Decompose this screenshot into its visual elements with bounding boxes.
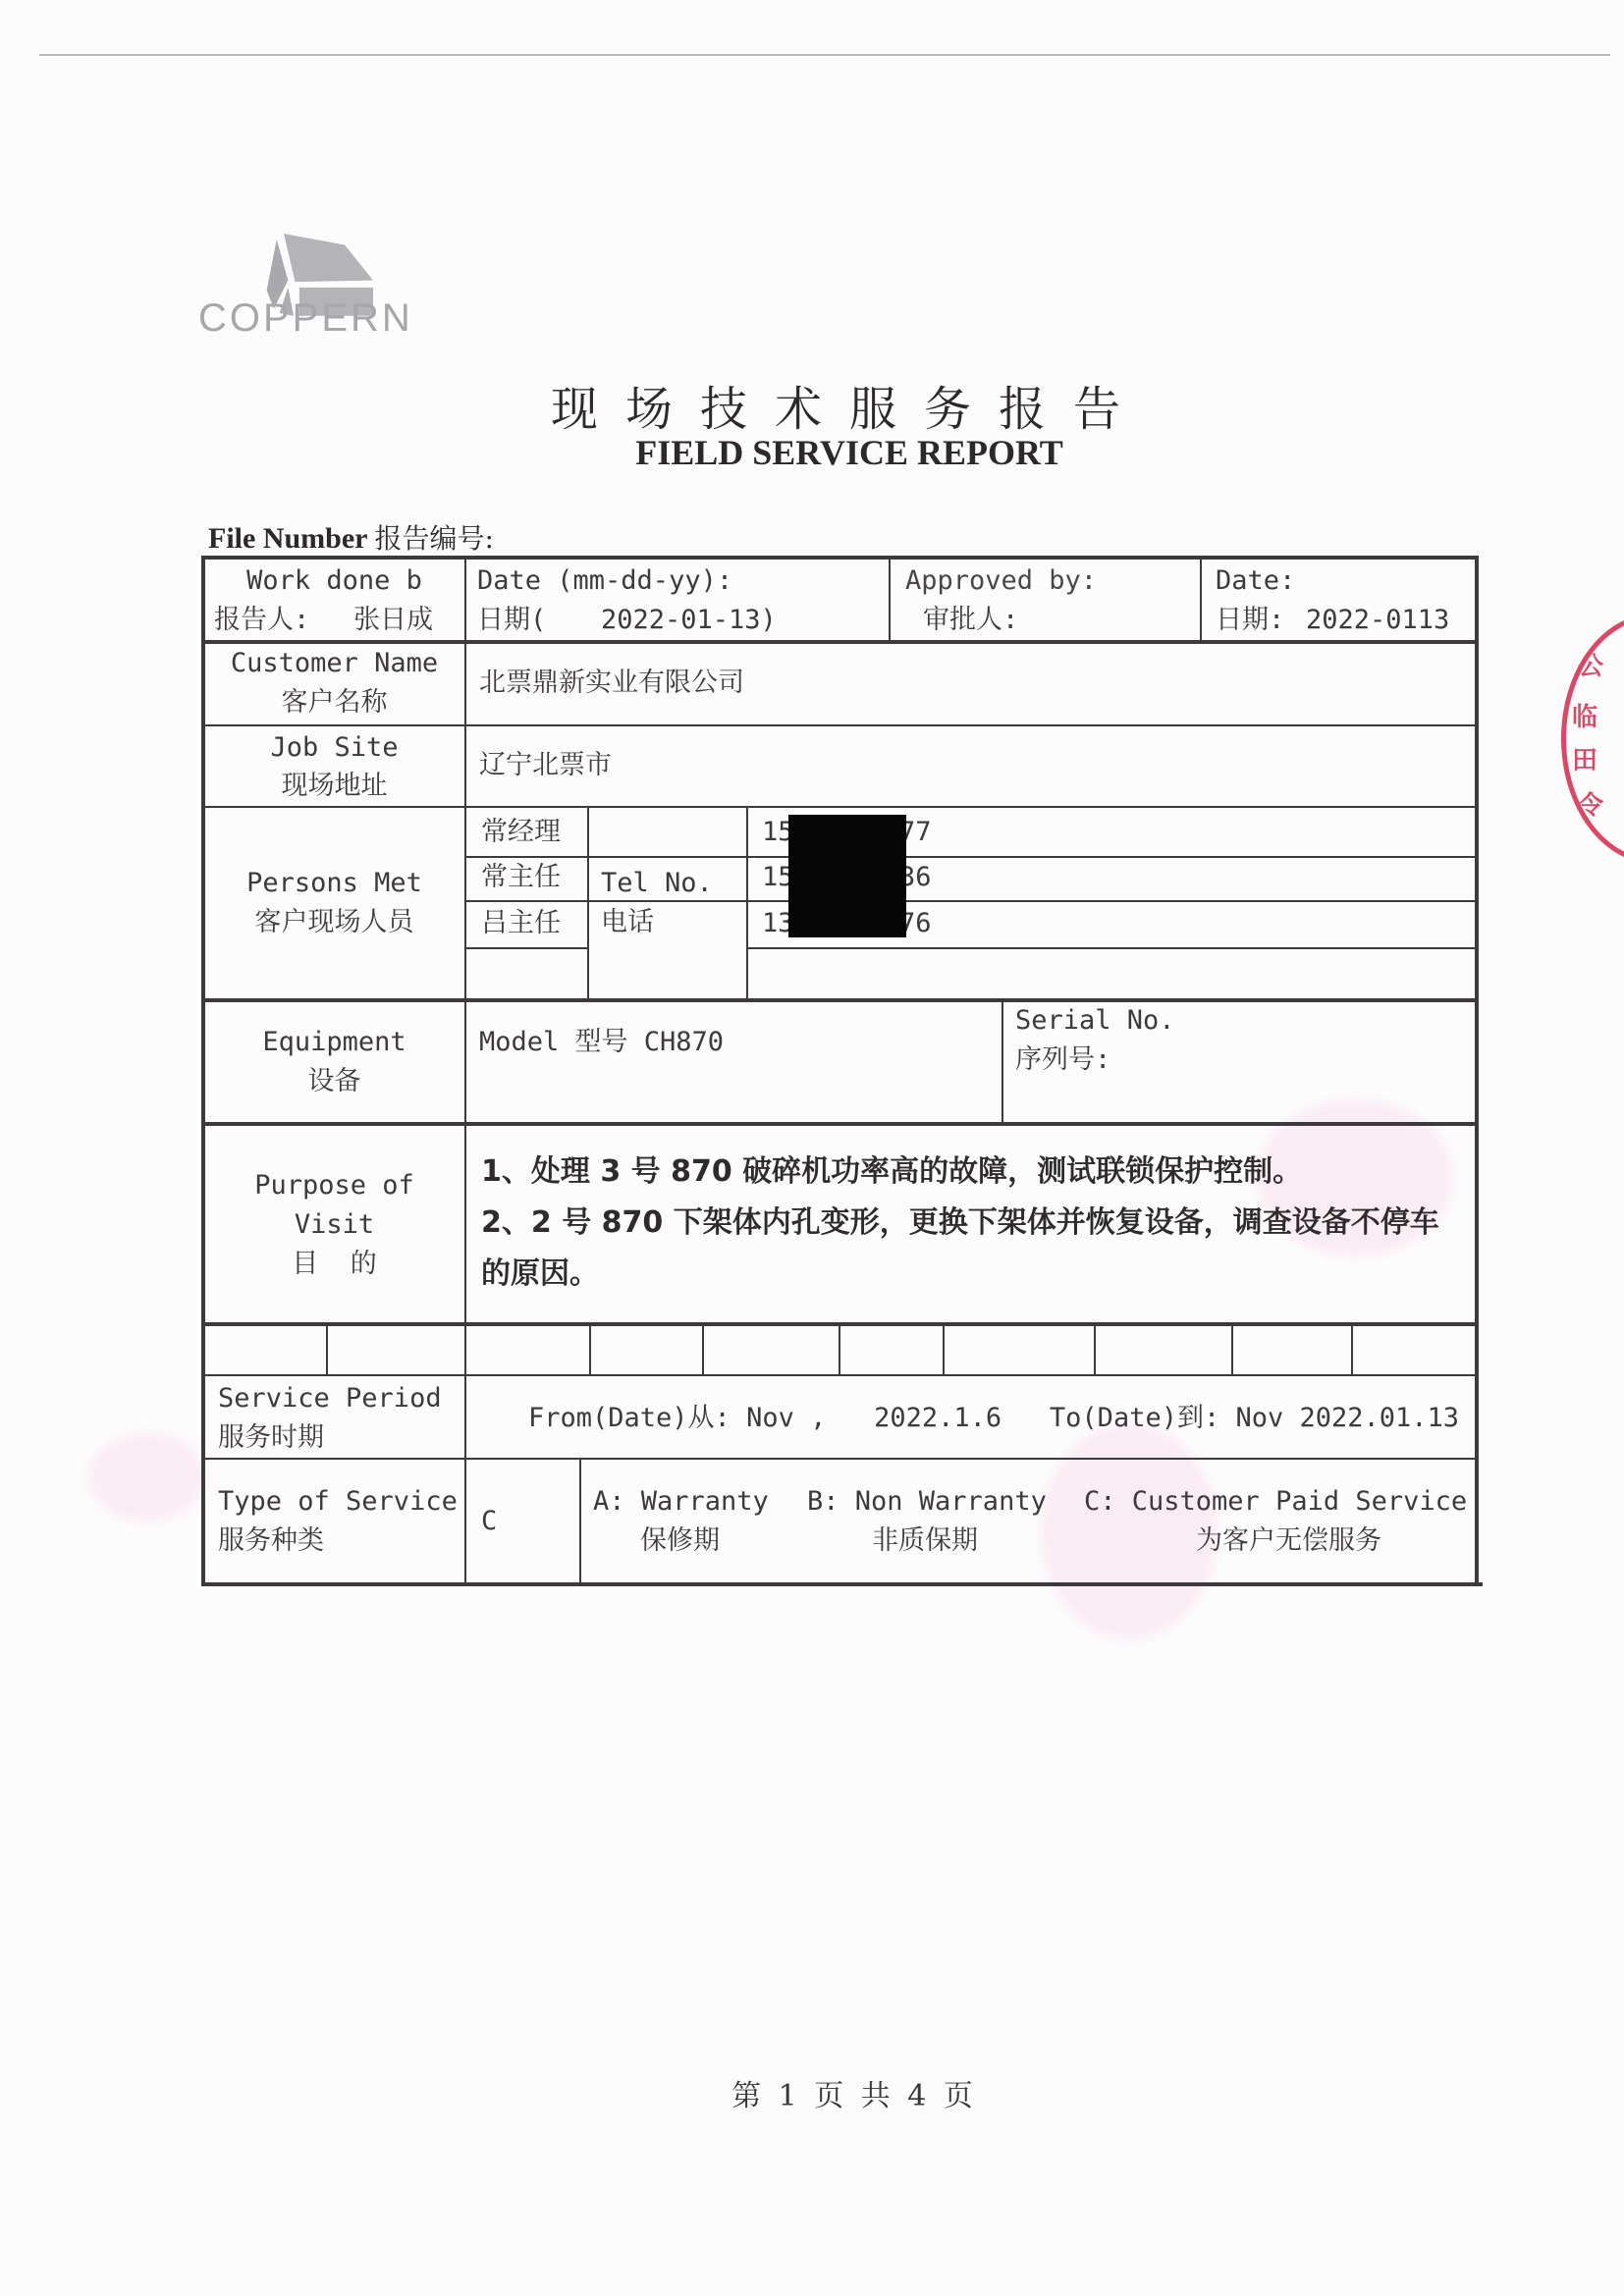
date-label: Date (mm-dd-yy): [477,561,732,601]
option-b-en: B: Non Warranty [807,1482,1047,1522]
pink-stain [88,1433,206,1522]
job-site-value: 辽宁北票市 [479,746,612,785]
purpose-line-2: 2、2 号 870 下架体内孔变形，更换下架体并恢复设备，调查设备不停车的原因。 [481,1198,1468,1300]
option-a-cn: 保修期 [640,1522,720,1561]
serial-label-cn: 序列号: [1015,1041,1110,1080]
approval-date-label-cn: 日期: [1216,601,1284,640]
equipment-label-en: Equipment [204,1023,464,1062]
type-of-service-label-en: Type of Service [218,1482,458,1522]
approver-label-cn: 审批人: [923,601,1018,640]
scan-top-edge-line [39,54,1610,56]
date-label-cn: 日期( [477,601,546,640]
work-done-by-label: Work done b [204,561,464,601]
customer-label-cn: 客户名称 [204,683,464,722]
company-seal-stamp: 公 临 田 令 [1561,614,1624,864]
title-cn: 现场技术服务报告 [0,371,1624,439]
option-c-en: C: Customer Paid Service [1084,1482,1467,1522]
file-number-label-en: File Number [208,522,367,555]
approval-date-value: 2022-0113 [1306,601,1449,640]
person-name: 常经理 [481,813,561,852]
service-period-label-en: Service Period [218,1379,442,1418]
type-of-service-value: C [481,1502,497,1541]
option-a-en: A: Warranty [593,1482,769,1522]
customer-label-en: Customer Name [204,644,464,683]
service-period-label-cn: 服务时期 [218,1418,324,1458]
stamp-char: 田 [1572,740,1597,776]
redaction-box [788,815,906,937]
person-name: 常主任 [481,858,561,897]
equipment-label-cn: 设备 [204,1062,464,1101]
date-value: 2022-01-13) [601,601,777,640]
purpose-line-1: 1、处理 3 号 870 破碎机功率高的故障，测试联锁保护控制。 [481,1147,1468,1198]
approval-date-label: Date: [1216,561,1295,601]
pink-stain [1041,1423,1218,1639]
title-en: FIELD SERVICE REPORT [0,432,1624,473]
purpose-label-en-2: Visit [204,1205,464,1245]
persons-met-label-en: Persons Met [204,864,464,903]
approved-by-label: Approved by: [905,561,1097,601]
service-period-dates: From(Date)从: Nov , 2022.1.6 To(Date)到: N… [528,1399,1459,1438]
customer-name-value: 北票鼎新实业有限公司 [479,664,744,703]
page-number: 第 1 页 共 4 页 [0,2071,1624,2114]
stamp-char: 公 [1578,646,1603,682]
stamp-char: 令 [1578,785,1603,822]
equipment-model: Model 型号 CH870 [479,1023,724,1062]
stamp-char: 临 [1572,697,1597,733]
persons-met-label-cn: 客户现场人员 [204,903,464,942]
serial-label-en: Serial No. [1015,1001,1175,1041]
file-number-label-cn: 报告编号: [374,522,493,555]
purpose-label-en-1: Purpose of [204,1166,464,1205]
tel-label-cn: 电话 [601,903,654,942]
file-number-label: File Number 报告编号: [208,517,494,557]
tel-label-en: Tel No. [601,864,713,903]
option-b-cn: 非质保期 [872,1522,978,1561]
reporter-value: 张日成 [353,601,433,640]
reporter-label: 报告人: [214,601,309,640]
job-site-label-cn: 现场地址 [204,767,464,806]
option-c-cn: 为客户无偿服务 [1196,1522,1381,1561]
type-of-service-label-cn: 服务种类 [218,1522,324,1561]
job-site-label-en: Job Site [204,728,464,768]
logo-text: COPPERN [198,296,413,341]
person-name: 吕主任 [481,904,561,943]
purpose-label-cn: 目 的 [204,1245,464,1284]
